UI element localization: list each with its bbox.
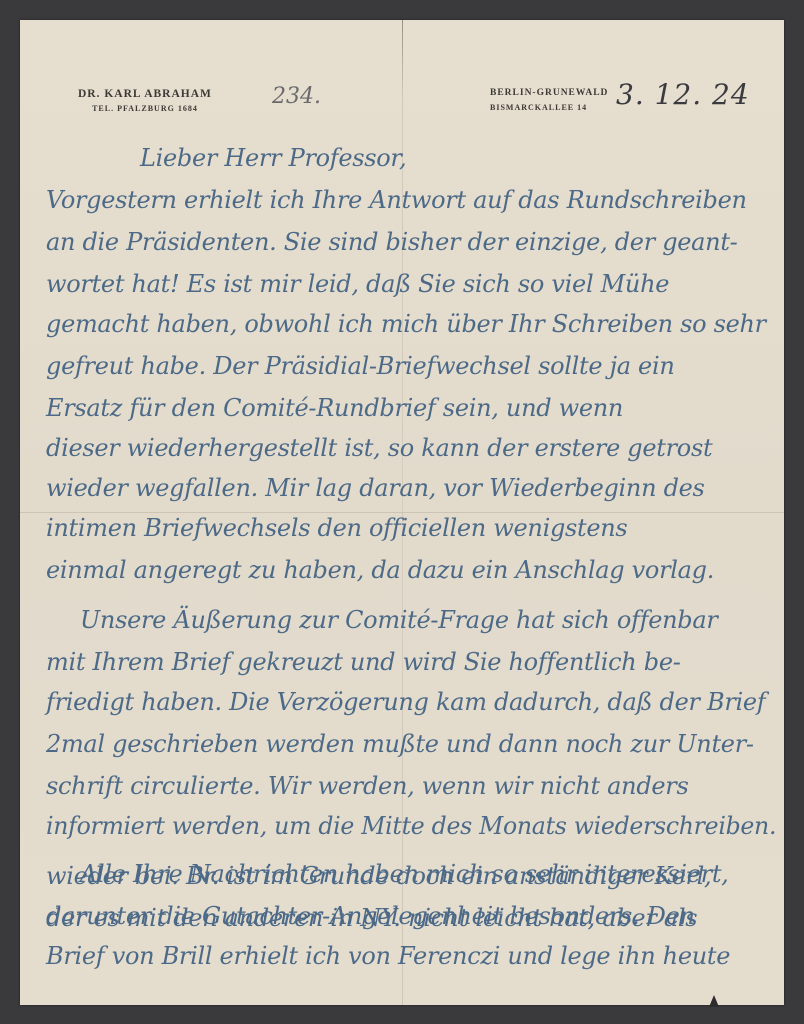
- body-line: 2mal geschrieben werden mußte und dann n…: [46, 730, 754, 758]
- letterhead-telephone: TEL. PFALZBURG 1684: [78, 104, 212, 113]
- paper-tear-notch: [709, 995, 719, 1007]
- body-line: intimen Briefwechsels den officiellen we…: [46, 514, 627, 542]
- body-line: dieser wiederhergestellt ist, so kann de…: [46, 434, 712, 462]
- body-line: Ersatz für den Comité-Rundbrief sein, un…: [46, 394, 623, 422]
- archive-number: 234.: [272, 84, 321, 109]
- letterhead-name: DR. KARL ABRAHAM: [78, 88, 212, 100]
- letterhead-right: BERLIN-GRUNEWALD BISMARCKALLEE 14: [490, 88, 608, 112]
- salutation: Lieber Herr Professor,: [140, 144, 406, 172]
- body-line: Brief von Brill erhielt ich von Ferenczi…: [46, 942, 730, 970]
- body-line: der es mit den anderen in NY. nicht leic…: [46, 904, 697, 932]
- body-line: einmal angeregt zu haben, da dazu ein An…: [46, 556, 714, 584]
- body-line: Unsere Äußerung zur Comité-Frage hat sic…: [80, 606, 718, 634]
- letterhead-street: BISMARCKALLEE 14: [490, 103, 608, 112]
- body-line: schrift circulierte. Wir werden, wenn wi…: [46, 772, 689, 800]
- body-line: wortet hat! Es ist mir leid, daß Sie sic…: [46, 270, 669, 298]
- body-line: an die Präsidenten. Sie sind bisher der …: [46, 228, 737, 256]
- body-line: wieder wegfallen. Mir lag daran, vor Wie…: [46, 474, 705, 502]
- letter-page: DR. KARL ABRAHAM TEL. PFALZBURG 1684 234…: [20, 20, 784, 1005]
- body-line: Vorgestern erhielt ich Ihre Antwort auf …: [46, 186, 747, 214]
- body-line: informiert werden, um die Mitte des Mona…: [46, 812, 776, 840]
- horizontal-fold-crease: [20, 512, 784, 513]
- letterhead-city: BERLIN-GRUNEWALD: [490, 88, 608, 98]
- body-line: mit Ihrem Brief gekreuzt und wird Sie ho…: [46, 648, 681, 676]
- letter-date: 3. 12. 24: [616, 78, 750, 111]
- body-line: wieder bei. Br. ist im Grunde doch ein a…: [46, 862, 711, 890]
- body-line: gefreut habe. Der Präsidial-Briefwechsel…: [46, 352, 675, 380]
- letterhead-left: DR. KARL ABRAHAM TEL. PFALZBURG 1684: [78, 88, 212, 113]
- body-line: friedigt haben. Die Verzögerung kam dadu…: [46, 688, 765, 716]
- body-line: gemacht haben, obwohl ich mich über Ihr …: [46, 310, 766, 338]
